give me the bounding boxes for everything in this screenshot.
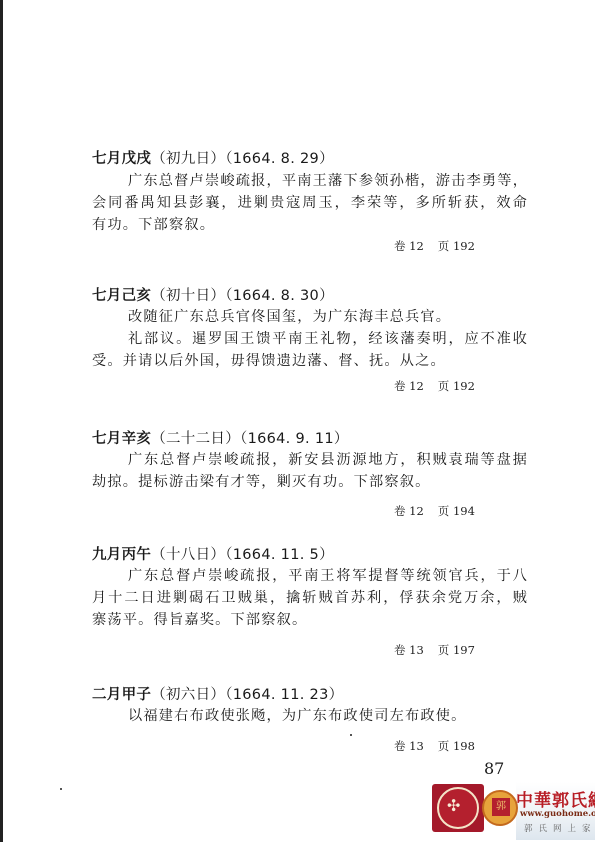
- entry-5-line-1: 以福建右布政使张飏，为广东布政使司左布政使。: [128, 705, 528, 725]
- entry-day: （初十日）: [151, 288, 225, 304]
- entry-3-line-2: 劫掠。提标游击梁有才等，剿灭有功。下部察叙。: [92, 471, 528, 491]
- entry-4-heading: 九月丙午（十八日）（1664. 11. 5）: [92, 543, 334, 564]
- entry-date: 七月己亥: [92, 288, 151, 304]
- logo-seal-text: 郭: [492, 798, 510, 816]
- ref-volume: 卷 13: [394, 739, 424, 753]
- entry-western-date: （1664. 11. 5）: [225, 547, 334, 563]
- entry-1-line-3: 有功。下部察叙。: [92, 214, 528, 234]
- page-number: 87: [484, 759, 504, 778]
- cross-emblem-icon: ✣: [447, 798, 460, 814]
- watermark-logo[interactable]: ✣ 郭 中華郭氏網 www.guohome.org 郭氏网上家园: [432, 782, 595, 842]
- logo-seal-icon: 郭: [482, 790, 518, 826]
- entry-western-date: （1664. 8. 29）: [225, 151, 334, 167]
- entry-4-reference: 卷 13页 197: [394, 642, 475, 658]
- entry-4-line-3: 寨荡平。得旨嘉奖。下部察叙。: [92, 609, 528, 629]
- entry-2-p2-line-2: 受。并请以后外国，毋得馈遗边藩、督、抚。从之。: [92, 350, 528, 370]
- entry-5-reference: 卷 13页 198: [394, 738, 475, 754]
- entry-date: 七月辛亥: [92, 431, 151, 447]
- entry-2-p1-line-1: 改随征广东总兵官佟国玺，为广东海丰总兵官。: [128, 306, 528, 326]
- entry-2-p2-line-1: 礼部议。暹罗国王馈平南王礼物，经该藩奏明，应不准收: [128, 328, 528, 348]
- ref-volume: 卷 12: [394, 504, 424, 518]
- entry-western-date: （1664. 8. 30）: [225, 288, 334, 304]
- logo-slogan: 郭氏网上家园: [524, 822, 595, 834]
- logo-emblem-frame: ✣: [432, 784, 484, 832]
- entry-4-line-1: 广东总督卢崇峻疏报，平南王将军提督等统领官兵，于八: [128, 565, 528, 585]
- entry-day: （十八日）: [151, 547, 225, 563]
- entry-date: 二月甲子: [92, 687, 151, 703]
- entry-2-reference: 卷 12页 192: [394, 378, 475, 394]
- entry-1-heading: 七月戊戌（初九日）（1664. 8. 29）: [92, 147, 334, 168]
- entry-2-heading: 七月己亥（初十日）（1664. 8. 30）: [92, 284, 334, 305]
- entry-3-reference: 卷 12页 194: [394, 503, 475, 519]
- scan-speck: [60, 788, 62, 790]
- entry-3-heading: 七月辛亥（二十二日）（1664. 9. 11）: [92, 427, 349, 448]
- ref-page: 页 192: [438, 379, 475, 393]
- ref-page: 页 198: [438, 739, 475, 753]
- ref-page: 页 194: [438, 504, 475, 518]
- ref-volume: 卷 13: [394, 643, 424, 657]
- entry-1-line-2: 会同番禺知县彭襄，进剿贵寇周玉，李荣等，多所斩获，效命: [92, 192, 528, 212]
- entry-day: （二十二日）: [151, 431, 240, 447]
- ref-volume: 卷 12: [394, 239, 424, 253]
- ref-page: 页 197: [438, 643, 475, 657]
- entry-3-line-1: 广东总督卢崇峻疏报，新安县沥源地方，积贼袁瑞等盘据: [128, 449, 528, 469]
- page-edge-line: [0, 0, 3, 842]
- ref-page: 页 192: [438, 239, 475, 253]
- logo-url[interactable]: www.guohome.org: [520, 809, 595, 819]
- entry-4-line-2: 月十二日进剿碣石卫贼巢，擒斩贼首苏利，俘获余党万余，贼: [92, 587, 528, 607]
- logo-title: 中華郭氏網: [516, 786, 595, 811]
- entry-1-line-1: 广东总督卢崇峻疏报，平南王藩下参领孙楷，游击李勇等，: [128, 170, 528, 190]
- entry-day: （初六日）: [151, 687, 225, 703]
- scan-speck: [350, 734, 352, 736]
- entry-date: 七月戊戌: [92, 151, 151, 167]
- entry-5-heading: 二月甲子（初六日）（1664. 11. 23）: [92, 683, 343, 704]
- entry-day: （初九日）: [151, 151, 225, 167]
- entry-date: 九月丙午: [92, 547, 151, 563]
- entry-1-reference: 卷 12页 192: [394, 238, 475, 254]
- ref-volume: 卷 12: [394, 379, 424, 393]
- entry-western-date: （1664. 11. 23）: [225, 687, 343, 703]
- entry-western-date: （1664. 9. 11）: [240, 431, 349, 447]
